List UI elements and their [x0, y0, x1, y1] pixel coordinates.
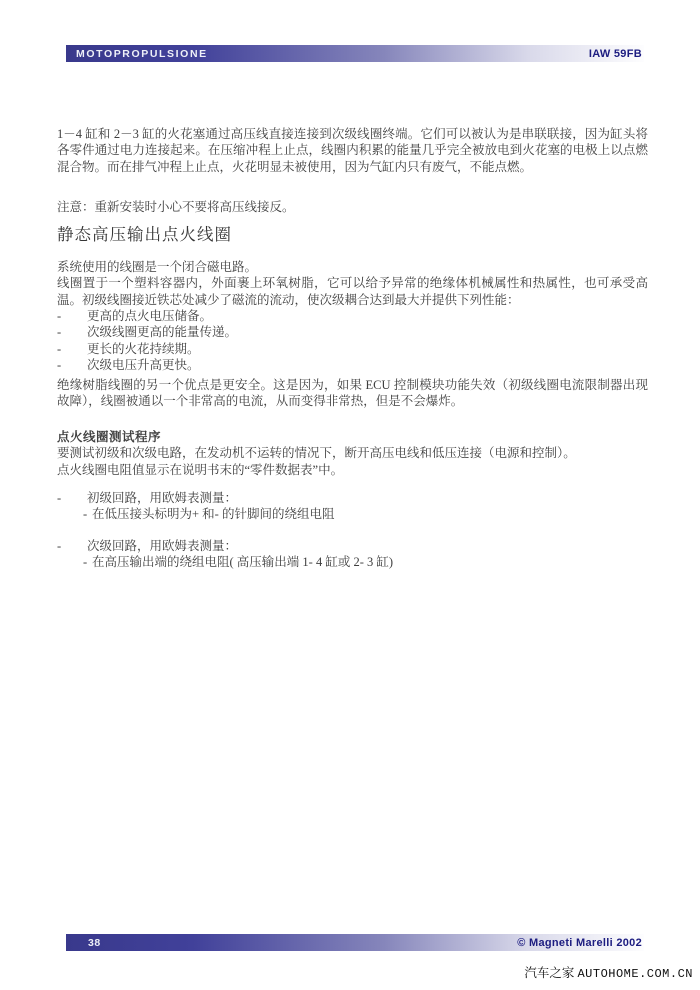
measure-item: 在高压输出端的绕组电阻( 高压输出端 1- 4 缸或 2- 3 缸) [92, 554, 393, 570]
footer-bar: 38 © Magneti Marelli 2002 [66, 934, 644, 951]
list-item: - 次级线圈更高的能量传递。 [57, 324, 648, 340]
dash-bullet: - [83, 506, 92, 522]
list-item: - 更长的火花持续期。 [57, 341, 648, 357]
dash-bullet: - [57, 490, 87, 506]
measure-title: 初级回路，用欧姆表测量： [87, 490, 237, 506]
dash-bullet: - [57, 341, 87, 357]
header-bar: MOTOPROPULSIONE IAW 59FB [66, 45, 644, 62]
dash-bullet: - [57, 357, 87, 373]
measure-item-row: - 在低压接头标明为+ 和- 的针脚间的绕组电阻 [83, 506, 648, 522]
paragraph-resin-safety: 绝缘树脂线圈的另一个优点是更安全。这是因为，如果 ECU 控制模块功能失效（初级… [57, 377, 648, 410]
list-item-label: 次级电压升高更快。 [87, 357, 200, 373]
header-model-code: IAW 59FB [589, 48, 644, 60]
note-line: 注意：重新安装时小心不要将高压线接反。 [57, 199, 648, 215]
document-page: MOTOPROPULSIONE IAW 59FB 1－4 缸和 2－3 缸的火花… [0, 0, 700, 990]
watermark-en: AUTOHOME.COM.CN [577, 967, 693, 981]
measure-item: 在低压接头标明为+ 和- 的针脚间的绕组电阻 [92, 506, 334, 522]
secondary-circuit-measure: - 次级回路，用欧姆表测量： - 在高压输出端的绕组电阻( 高压输出端 1- 4… [57, 538, 648, 571]
header-section-title: MOTOPROPULSIONE [66, 48, 208, 60]
watermark-cn: 汽车之家 [524, 966, 574, 980]
section-heading-static-coil: 静态高压输出点火线圈 [57, 227, 648, 243]
copyright-text: © Magneti Marelli 2002 [517, 937, 644, 949]
measure-item-row: - 在高压输出端的绕组电阻( 高压输出端 1- 4 缸或 2- 3 缸) [83, 554, 648, 570]
dash-bullet: - [83, 554, 92, 570]
page-number: 38 [66, 937, 101, 949]
dash-bullet: - [57, 324, 87, 340]
test-procedure-block: 点火线圈测试程序 要测试初级和次级电路，在发动机不运转的情况下，断开高压电线和低… [57, 429, 648, 478]
benefit-list: - 更高的点火电压储备。 - 次级线圈更高的能量传递。 - 更长的火花持续期。 … [57, 308, 648, 373]
primary-circuit-measure: - 初级回路，用欧姆表测量： - 在低压接头标明为+ 和- 的针脚间的绕组电阻 [57, 490, 648, 523]
list-item-label: 更高的点火电压储备。 [87, 308, 212, 324]
watermark: 汽车之家 AUTOHOME.COM.CN [524, 963, 693, 981]
list-item-label: 更长的火花持续期。 [87, 341, 200, 357]
test-procedure-line1: 要测试初级和次级电路，在发动机不运转的情况下，断开高压电线和低压连接（电源和控制… [57, 445, 648, 461]
test-procedure-line2: 点火线圈电阻值显示在说明书末的“零件数据表”中。 [57, 462, 648, 478]
measure-title: 次级回路，用欧姆表测量： [87, 538, 237, 554]
subheading-test-procedure: 点火线圈测试程序 [57, 429, 648, 445]
dash-bullet: - [57, 308, 87, 324]
dash-bullet: - [57, 538, 87, 554]
coil-circuit-line: 系统使用的线圈是一个闭合磁电路。 [57, 260, 257, 274]
paragraph-spark-plugs: 1－4 缸和 2－3 缸的火花塞通过高压线直接连接到次级线圈终端。它们可以被认为… [57, 126, 648, 175]
list-item-label: 次级线圈更高的能量传递。 [87, 324, 237, 340]
coil-container-text: 线圈置于一个塑料容器内，外面裹上环氧树脂，它可以给予异常的绝缘体机械属性和热属性… [57, 276, 648, 306]
measure-title-row: - 初级回路，用欧姆表测量： [57, 490, 648, 506]
list-item: - 次级电压升高更快。 [57, 357, 648, 373]
list-item: - 更高的点火电压储备。 [57, 308, 648, 324]
paragraph-coil-description: 系统使用的线圈是一个闭合磁电路。 线圈置于一个塑料容器内，外面裹上环氧树脂，它可… [57, 259, 648, 308]
measure-title-row: - 次级回路，用欧姆表测量： [57, 538, 648, 554]
